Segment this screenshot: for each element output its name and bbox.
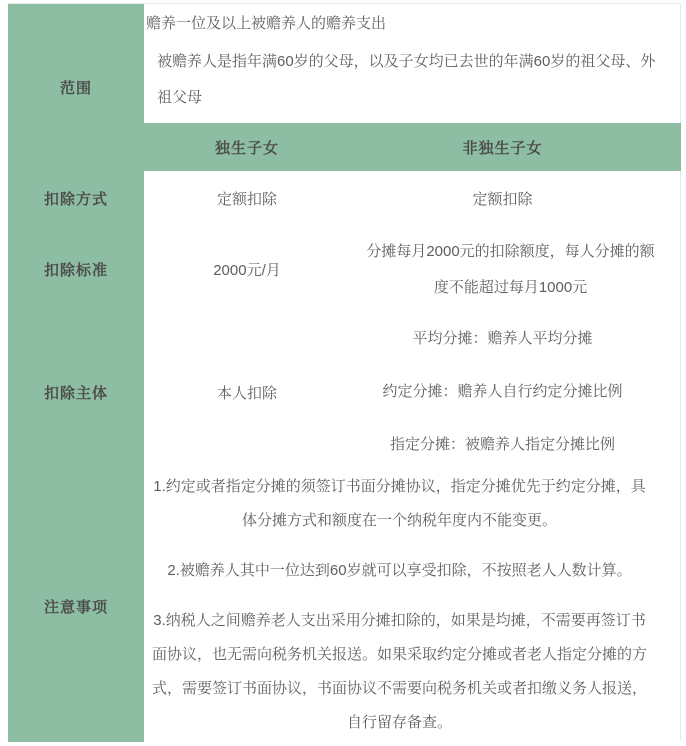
note-item-3: 3.纳税人之间赡养老人支出采用分摊扣除的，如果是均摊，不需要再签订书面协议，也无… — [148, 604, 651, 740]
method-non-only-child-cell: 定额扣除 — [350, 171, 681, 226]
method-only-child-cell: 定额扣除 — [144, 171, 350, 226]
row-header-subject: 扣除主体 — [8, 313, 144, 471]
elderly-support-deduction-table: 范围 赡养一位及以上被赡养人的赡养支出 被赡养人是指年满60岁的父母，以及子女均… — [8, 3, 681, 741]
column-header-non-only-child-label: 非独生子女 — [462, 137, 542, 158]
row-header-method-label: 扣除方式 — [44, 188, 108, 209]
subject-non-only-child-cell: 平均分摊：赡养人平均分摊 约定分摊：赡养人自行约定分摊比例 指定分摊：被赡养人指… — [350, 313, 681, 471]
column-header-non-only-child: 非独生子女 — [350, 123, 681, 171]
column-header-only-child-label: 独生子女 — [215, 137, 279, 158]
row-header-notes: 注意事项 — [8, 471, 144, 742]
row-header-scope-label: 范围 — [60, 77, 92, 98]
row-header-notes-label: 注意事项 — [44, 596, 108, 617]
standard-non-only-child-value: 分摊每月2000元的扣除额度，每人分摊的额度不能超过每月1000元 — [366, 234, 655, 306]
subject-average-share: 平均分摊：赡养人平均分摊 — [412, 321, 592, 357]
subject-agreed-share: 约定分摊：赡养人自行约定分摊比例 — [382, 374, 622, 410]
column-header-only-child: 独生子女 — [144, 123, 350, 171]
row-header-method: 扣除方式 — [8, 171, 144, 226]
note-item-2: 2.被赡养人其中一位达到60岁就可以享受扣除，不按照老人人数计算。 — [167, 554, 631, 588]
standard-only-child-value: 2000元/月 — [213, 259, 281, 280]
scope-content-cell: 赡养一位及以上被赡养人的赡养支出 被赡养人是指年满60岁的父母，以及子女均已去世… — [144, 4, 681, 123]
row-header-scope: 范围 — [8, 4, 144, 171]
notes-content-cell: 1.约定或者指定分摊的须签订书面分摊协议，指定分摊优先于约定分摊，具体分摊方式和… — [144, 471, 681, 742]
standard-only-child-cell: 2000元/月 — [144, 226, 350, 313]
row-header-standard-label: 扣除标准 — [44, 259, 108, 280]
note-item-1: 1.约定或者指定分摊的须签订书面分摊协议，指定分摊优先于约定分摊，具体分摊方式和… — [148, 470, 651, 538]
row-header-subject-label: 扣除主体 — [44, 382, 108, 403]
subject-only-child-value: 本人扣除 — [217, 382, 277, 403]
method-only-child-value: 定额扣除 — [217, 188, 277, 209]
scope-line2: 被赡养人是指年满60岁的父母，以及子女均已去世的年满60岁的祖父母、外祖父母 — [157, 44, 669, 116]
subject-designated-share: 指定分摊：被赡养人指定分摊比例 — [390, 427, 615, 463]
row-header-standard: 扣除标准 — [8, 226, 144, 313]
method-non-only-child-value: 定额扣除 — [472, 188, 532, 209]
subject-only-child-cell: 本人扣除 — [144, 313, 350, 471]
scope-line1: 赡养一位及以上被赡养人的赡养支出 — [146, 6, 669, 42]
standard-non-only-child-cell: 分摊每月2000元的扣除额度，每人分摊的额度不能超过每月1000元 — [350, 226, 681, 313]
